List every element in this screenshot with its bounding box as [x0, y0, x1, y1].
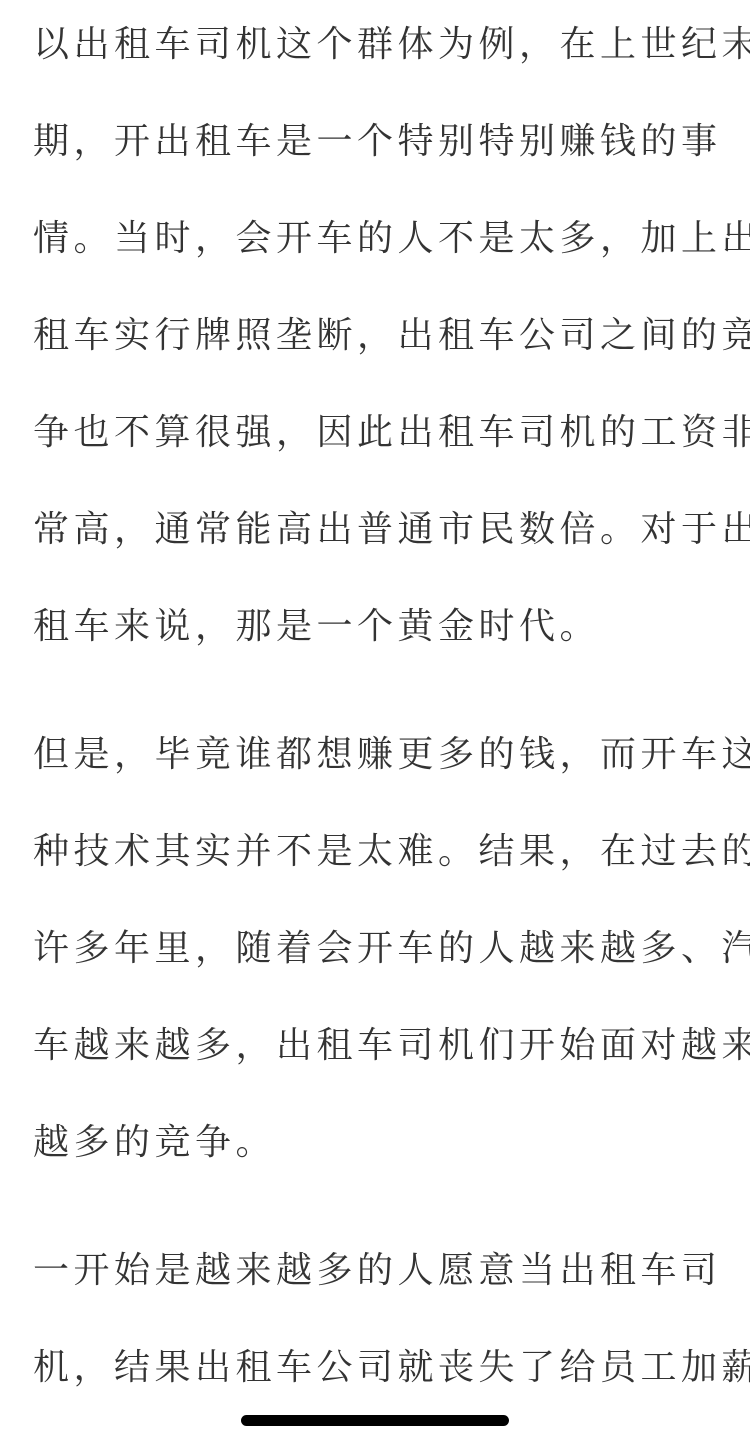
text-line: 但是，毕竟谁都想赚更多的钱，而开车这 — [33, 710, 723, 807]
article-body: 以出租车司机这个群体为例，在上世纪末 期，开出租车是一个特别特别赚钱的事 情。当… — [33, 0, 723, 1420]
paragraph-spacer — [33, 1195, 723, 1226]
text-line: 以出租车司机这个群体为例，在上世纪末 — [33, 0, 723, 97]
text-line: 许多年里，随着会开车的人越来越多、汽 — [33, 904, 723, 1001]
text-line: 情。当时，会开车的人不是太多，加上出 — [33, 194, 723, 291]
text-line: 机，结果出租车公司就丧失了给员工加薪 — [33, 1323, 723, 1420]
paragraph-3: 一开始是越来越多的人愿意当出租车司 机，结果出租车公司就丧失了给员工加薪 — [33, 1226, 723, 1420]
paragraph-spacer — [33, 679, 723, 710]
text-line: 争也不算很强，因此出租车司机的工资非 — [33, 388, 723, 485]
paragraph-2: 但是，毕竟谁都想赚更多的钱，而开车这 种技术其实并不是太难。结果，在过去的 许多… — [33, 710, 723, 1195]
text-line: 租车实行牌照垄断，出租车公司之间的竞 — [33, 291, 723, 388]
text-line: 种技术其实并不是太难。结果，在过去的 — [33, 807, 723, 904]
paragraph-1: 以出租车司机这个群体为例，在上世纪末 期，开出租车是一个特别特别赚钱的事 情。当… — [33, 0, 723, 679]
text-line: 车越来越多，出租车司机们开始面对越来 — [33, 1001, 723, 1098]
text-line: 租车来说，那是一个黄金时代。 — [33, 582, 723, 679]
text-line: 期，开出租车是一个特别特别赚钱的事 — [33, 97, 723, 194]
home-indicator-bar[interactable] — [241, 1415, 509, 1426]
text-line: 常高，通常能高出普通市民数倍。对于出 — [33, 485, 723, 582]
text-line: 越多的竞争。 — [33, 1098, 723, 1195]
text-line: 一开始是越来越多的人愿意当出租车司 — [33, 1226, 723, 1323]
